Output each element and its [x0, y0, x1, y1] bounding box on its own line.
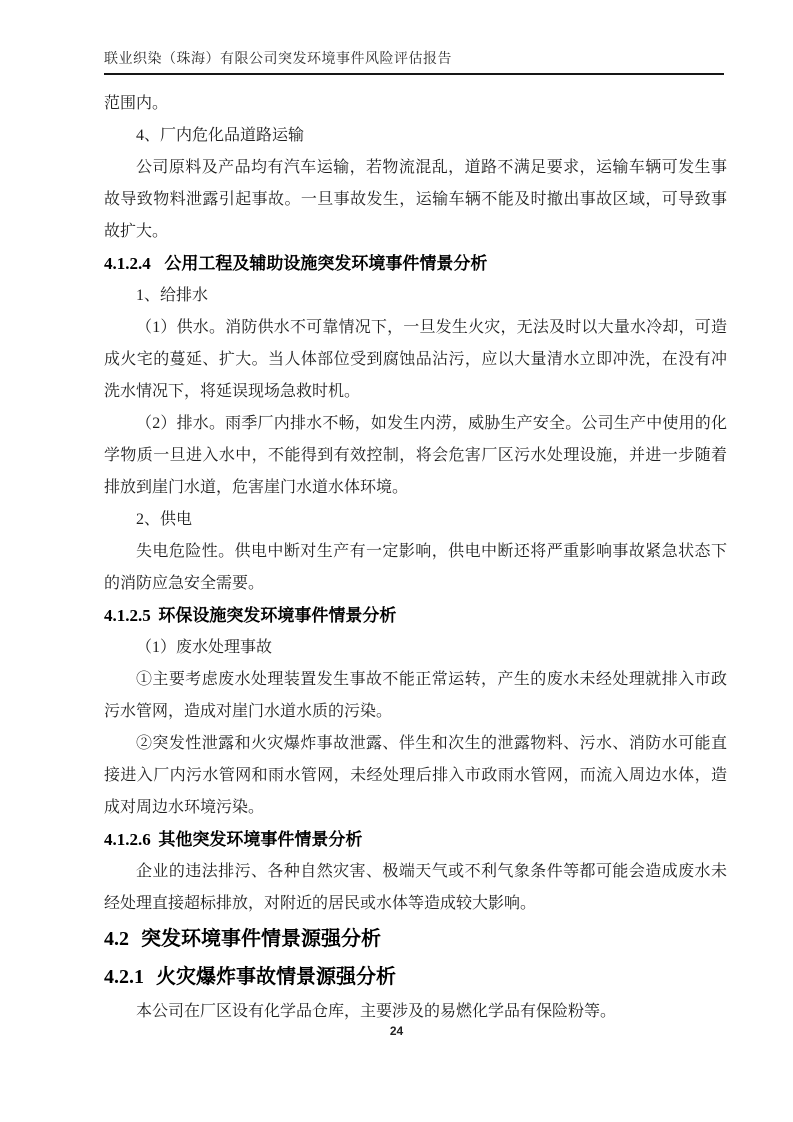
page-footer: 24 — [0, 1024, 793, 1038]
section-title: 其他突发环境事件情景分析 — [158, 830, 362, 849]
paragraph: 4、厂内危化品道路运输 — [104, 120, 727, 152]
section-heading-4-1-2-6: 4.1.2.6其他突发环境事件情景分析 — [104, 824, 727, 856]
section-number: 4.1.2.6 — [104, 830, 151, 849]
section-title: 环保设施突发环境事件情景分析 — [158, 606, 396, 625]
paragraph: （1）供水。消防供水不可靠情况下，一旦发生火灾，无法及时以大量水冷却，可造成火宅… — [104, 312, 727, 408]
paragraph: 失电危险性。供电中断对生产有一定影响，供电中断还将严重影响事故紧急状态下的消防应… — [104, 536, 727, 600]
paragraph: 范围内。 — [104, 88, 727, 120]
header-title: 联业织染（珠海）有限公司突发环境事件风险评估报告 — [104, 52, 452, 67]
section-heading-4-2: 4.2突发环境事件情景源强分析 — [104, 920, 727, 958]
paragraph: 企业的违法排污、各种自然灾害、极端天气或不利气象条件等都可能会造成废水未经处理直… — [104, 856, 727, 920]
section-number: 4.1.2.5 — [104, 606, 151, 625]
section-title: 火灾爆炸事故情景源强分析 — [156, 966, 396, 988]
paragraph: （2）排水。雨季厂内排水不畅，如发生内涝，威胁生产安全。公司生产中使用的化学物质… — [104, 408, 727, 504]
section-title: 突发环境事件情景源强分析 — [141, 928, 381, 950]
section-number: 4.1.2.4 — [104, 254, 151, 273]
paragraph: 公司原料及产品均有汽车运输，若物流混乱，道路不满足要求，运输车辆可发生事故导致物… — [104, 152, 727, 248]
paragraph: ②突发性泄露和火灾爆炸事故泄露、伴生和次生的泄露物料、污水、消防水可能直接进入厂… — [104, 728, 727, 824]
section-heading-4-1-2-5: 4.1.2.5环保设施突发环境事件情景分析 — [104, 600, 727, 632]
document-content: 范围内。 4、厂内危化品道路运输 公司原料及产品均有汽车运输，若物流混乱，道路不… — [104, 88, 727, 1028]
page-number: 24 — [390, 1024, 403, 1038]
section-title: 公用工程及辅助设施突发环境事件情景分析 — [164, 254, 487, 273]
document-page: 联业织染（珠海）有限公司突发环境事件风险评估报告 范围内。 4、厂内危化品道路运… — [0, 0, 793, 1122]
section-heading-4-2-1: 4.2.1火灾爆炸事故情景源强分析 — [104, 958, 727, 996]
paragraph: ①主要考虑废水处理装置发生事故不能正常运转，产生的废水未经处理就排入市政污水管网… — [104, 664, 727, 728]
section-heading-4-1-2-4: 4.1.2.4公用工程及辅助设施突发环境事件情景分析 — [104, 248, 727, 280]
page-header: 联业织染（珠海）有限公司突发环境事件风险评估报告 — [104, 52, 724, 75]
paragraph: 2、供电 — [104, 504, 727, 536]
section-number: 4.2 — [104, 928, 129, 950]
paragraph: 1、给排水 — [104, 280, 727, 312]
section-number: 4.2.1 — [104, 966, 144, 988]
paragraph: （1）废水处理事故 — [104, 632, 727, 664]
